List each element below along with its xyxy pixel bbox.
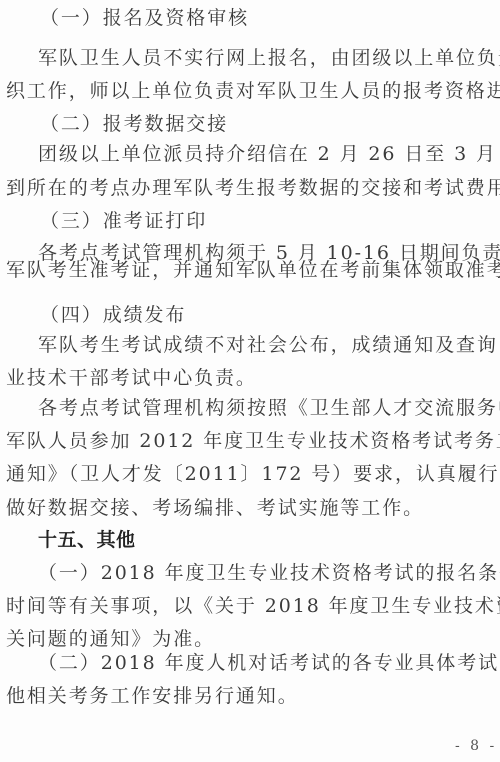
subsection-heading-1: （一）报名及资格审核 bbox=[40, 7, 500, 29]
paragraph-line: 军队考生考试成绩不对社会公布，成绩通知及查询由全军专 bbox=[38, 334, 490, 356]
subsection-heading-4: （四）成绩发布 bbox=[40, 304, 500, 326]
paragraph-line: 军队卫生人员不实行网上报名，由团级以上单位负责报名组 bbox=[38, 47, 490, 69]
paragraph-line: 他相关考务工作安排另行通知。 bbox=[6, 685, 490, 707]
paragraph-line: （二）2018 年度人机对话考试的各专业具体考试时间及其 bbox=[38, 652, 490, 674]
paragraph-line: 到所在的考点办理军队考生报考数据的交接和考试费用的缴纳。 bbox=[6, 177, 490, 199]
page-number: - 8 - bbox=[455, 738, 497, 754]
paragraph-line: 军队考生准考证，并通知军队单位在考前集体领取准考证。 bbox=[6, 259, 490, 281]
paragraph-line: 通知》（卫人才发〔2011〕172 号）要求，认真履行工作职责， bbox=[6, 463, 490, 485]
paragraph-line: 团级以上单位派员持介绍信在 2 月 26 日至 3 月 8 日期间， bbox=[38, 143, 490, 165]
paragraph-line: 做好数据交接、考场编排、考试实施等工作。 bbox=[6, 497, 490, 519]
paragraph-line: （一）2018 年度卫生专业技术资格考试的报名条件、考试 bbox=[38, 562, 490, 584]
subsection-heading-2: （二）报考数据交接 bbox=[40, 113, 500, 135]
subsection-heading-3: （三）准考证打印 bbox=[40, 210, 500, 232]
document-page: （一）报名及资格审核 军队卫生人员不实行网上报名，由团级以上单位负责报名组 织工… bbox=[0, 0, 500, 762]
paragraph-line: 军队人员参加 2012 年度卫生专业技术资格考试考务工作计划的 bbox=[6, 430, 490, 452]
paragraph-line: 关问题的通知》为准。 bbox=[6, 628, 490, 650]
section-heading: 十五、其他 bbox=[38, 529, 500, 551]
paragraph-line: 各考点考试管理机构须按照《卫生部人才交流服务中心关于 bbox=[38, 397, 490, 419]
paragraph-line: 织工作，师以上单位负责对军队卫生人员的报考资格进行审核。 bbox=[6, 80, 490, 102]
paragraph-line: 业技术干部考试中心负责。 bbox=[6, 367, 490, 389]
paragraph-line: 时间等有关事项，以《关于 2018 年度卫生专业技术资格考试有 bbox=[6, 595, 490, 617]
